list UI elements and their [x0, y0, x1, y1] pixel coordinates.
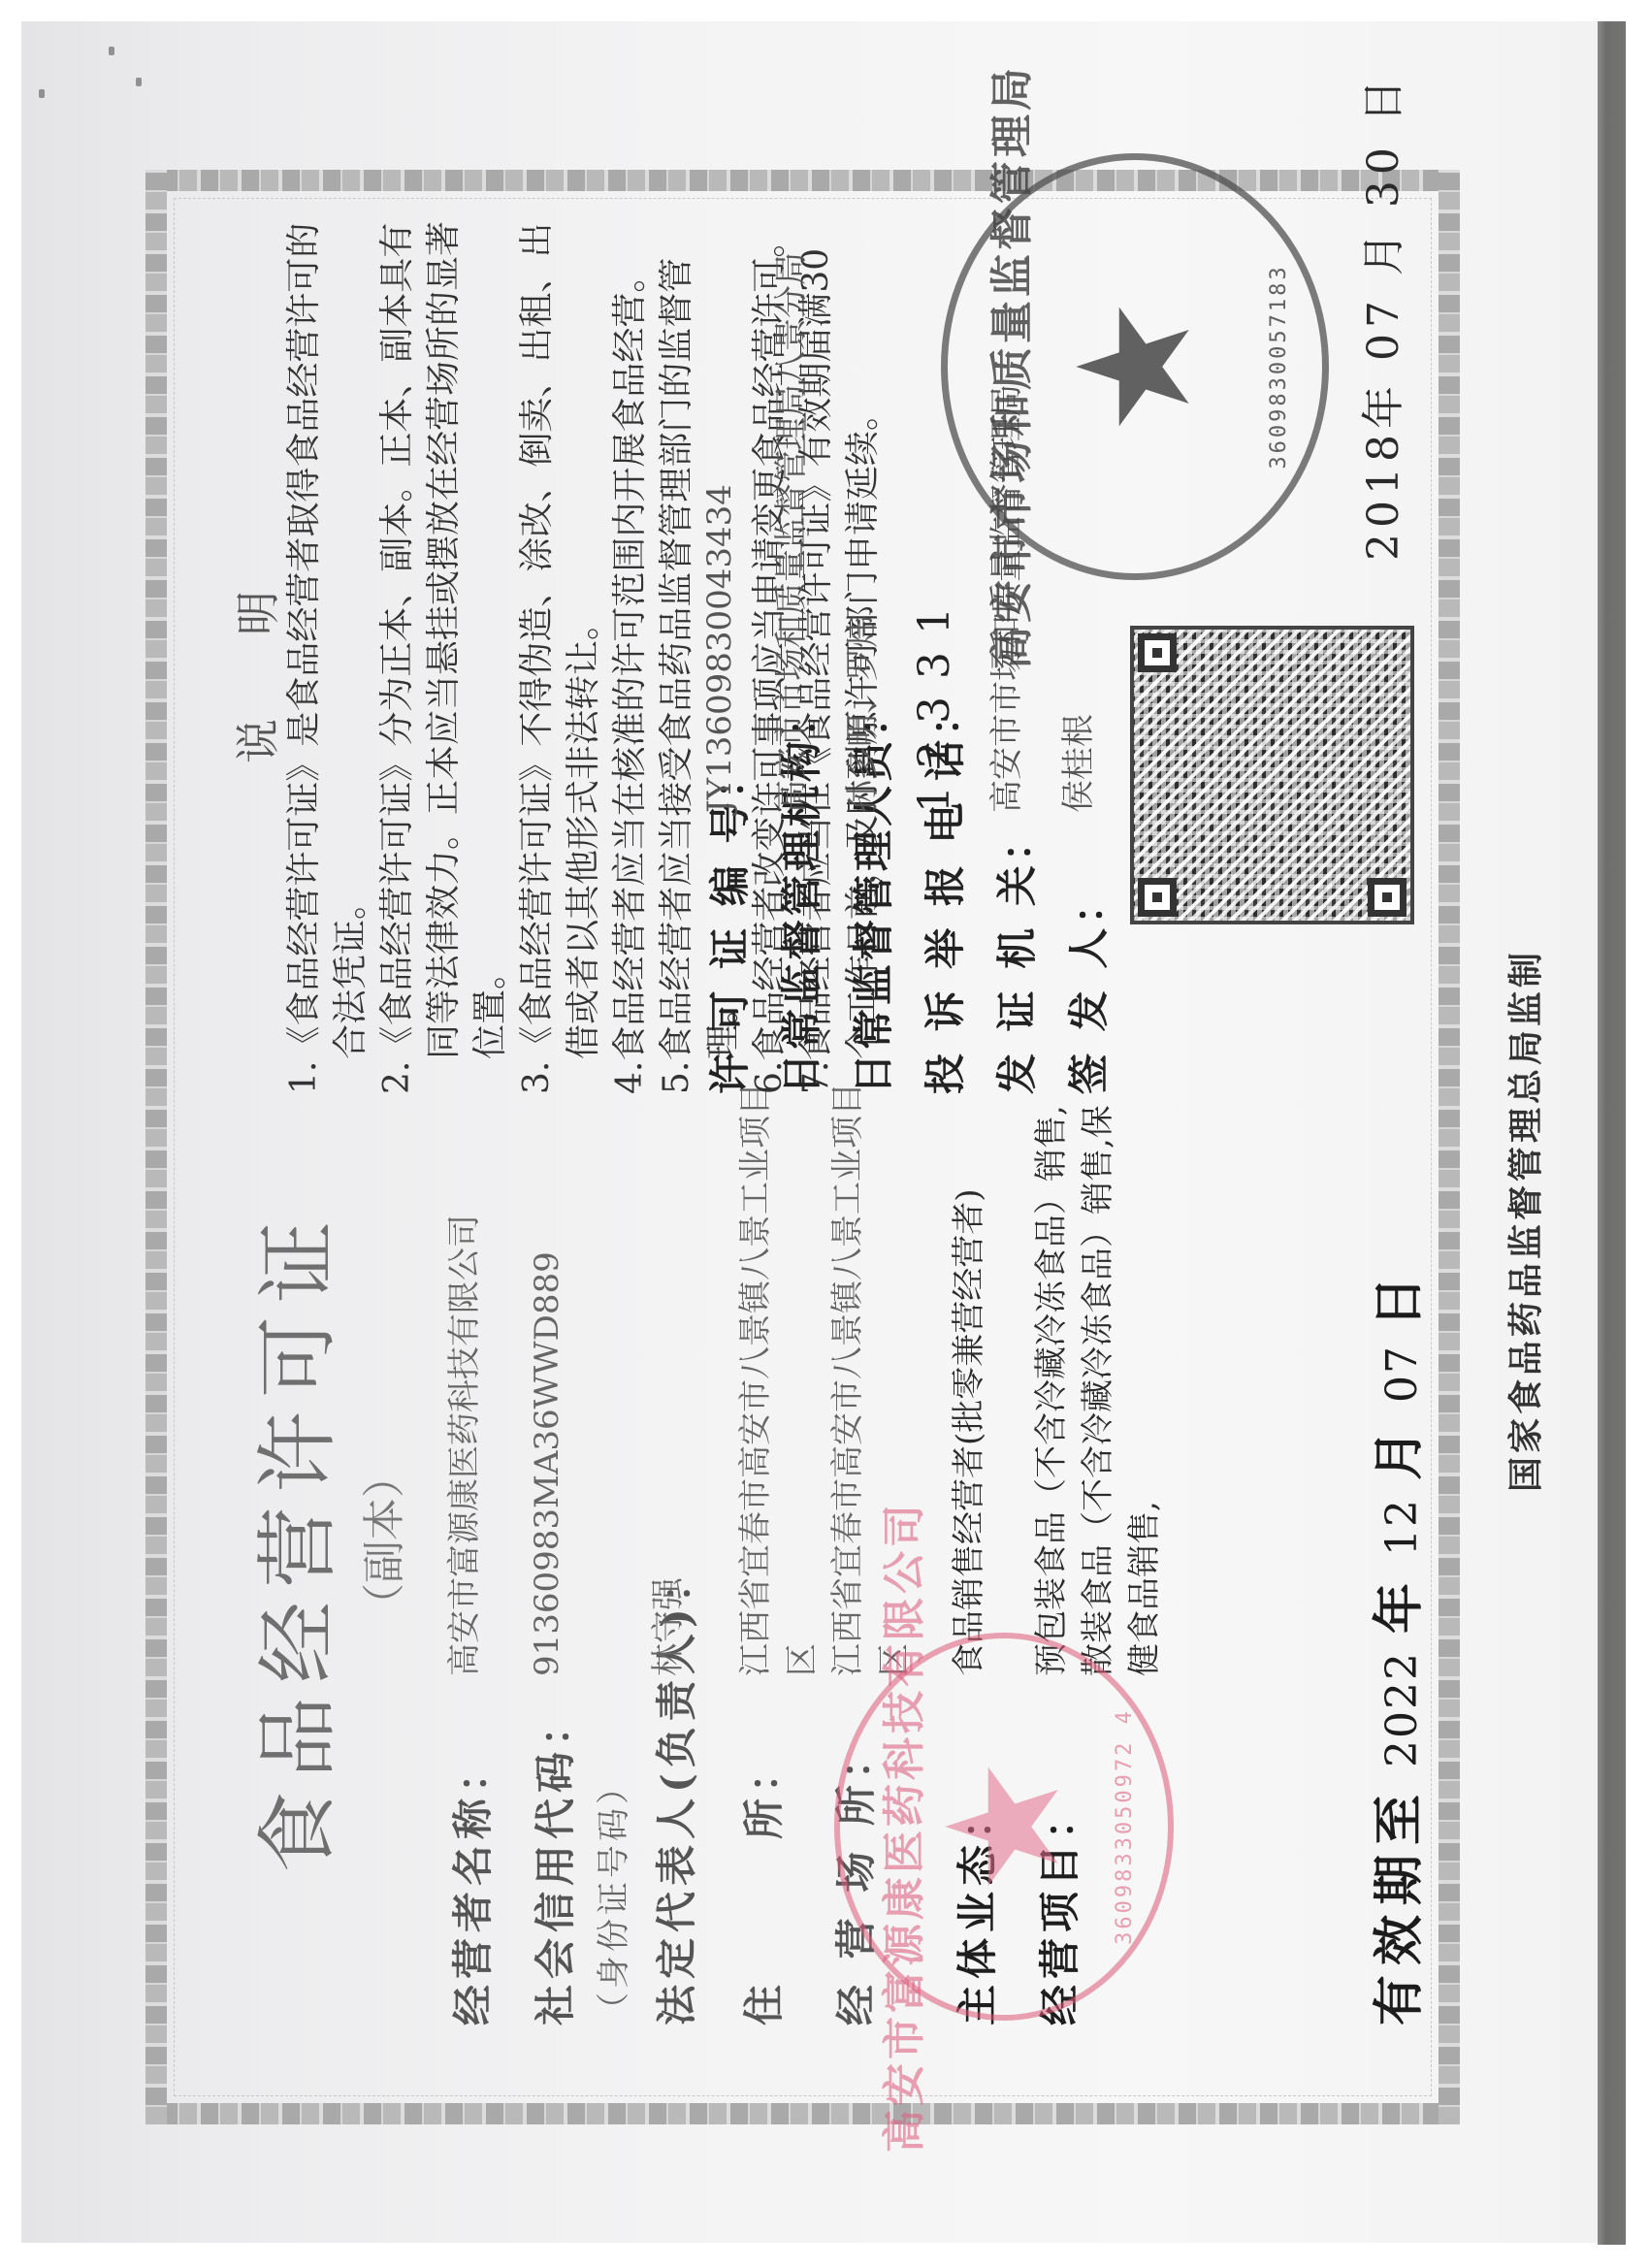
license-number-row: 许 可 证 编 号： JY13609830043434 — [698, 202, 757, 1094]
notes-title: 说 明 — [223, 328, 287, 1007]
issue-date: 2018年 07 月 30 日 — [1348, 74, 1410, 561]
supervising-staff-value: 孙多明、罗炜 — [842, 615, 885, 813]
expiry-year: 2022 — [1377, 1651, 1427, 1767]
field-operator-name: 经营者名称： 高安市富源康医药科技有限公司 — [441, 1215, 500, 2025]
license-sheet: 食品经营许可证 （副本） 经营者名称： 高安市富源康医药科技有限公司 社会信用代… — [0, 0, 1630, 2268]
note-item: 1.《食品经营许可证》是食品经营者取得食品经营许可的合法凭证。 — [281, 221, 374, 1094]
license-number-value: JY13609830043434 — [698, 484, 741, 813]
note-item: 4.食品经营者应当在核准的许可范围内开展食品经营。 — [607, 221, 654, 1094]
credit-code-label: 社会信用代码： — [524, 1676, 582, 2025]
star-icon: ★ — [926, 1757, 1082, 1895]
operator-name-value: 高安市富源康医药科技有限公司 — [441, 1215, 488, 1676]
license-title: 食品经营许可证 — [233, 1104, 350, 1977]
authority-seal-code: 3609830057183 — [1267, 264, 1291, 469]
address-label: 住 所： — [732, 1676, 791, 2025]
company-seal-code: 3609833050972 4 — [1113, 1708, 1137, 1945]
qr-finder-icon — [1138, 878, 1177, 917]
supervising-staff-label: 日常监督管理人员： — [842, 813, 900, 1094]
complaint-phone-label: 投 诉 举 报 电 话： — [914, 813, 972, 1094]
supervising-agency-value: 高安市市场和质量监督管理局八景分局 — [770, 252, 813, 813]
business-scope-value: 预包装食品（不含冷藏冷冻食品）销售,散装食品（不含冷藏冷冻食品）销售,保健食品销… — [1028, 1075, 1168, 1676]
supervising-agency-row: 日常监督管理机构： 高安市市场和质量监督管理局八景分局 — [770, 202, 828, 1094]
business-type-value: 食品销售经营者(批零兼营经营者) — [946, 1188, 992, 1676]
company-seal: 高安市富源康医药科技有限公司 ★ 3609833050972 4 — [834, 1633, 1174, 2021]
supervising-agency-label: 日常监督管理机构： — [770, 813, 828, 1094]
id-number-sublabel: （身份证号码） — [587, 1767, 634, 2025]
supervising-staff-row: 日常监督管理人员： 孙多明、罗炜 — [842, 202, 900, 1094]
qr-finder-icon — [1138, 633, 1177, 672]
expiry-year-unit: 年 — [1358, 1573, 1431, 1634]
legal-rep-value: 林守强 — [645, 1577, 692, 1676]
field-address: 住 所： 江西省宜春市高安市八景镇八景工业项目区 — [732, 1075, 825, 2025]
note-item: 3.《食品经营许可证》不得伪造、涂改、倒卖、出租、出借或者以其他形式非法转让。 — [514, 221, 607, 1094]
expiry-month: 12 — [1377, 1498, 1427, 1556]
qr-code — [1130, 626, 1414, 924]
credit-code-value: 91360983MA36WWD889 — [524, 1251, 570, 1676]
expiry-month-unit: 月 — [1358, 1420, 1431, 1480]
expiry-label: 有效期至 — [1358, 1785, 1431, 2025]
expiry-day-unit: 日 — [1358, 1267, 1431, 1327]
field-legal-rep: 法定代表人(负责人)： 林守强 — [645, 1577, 703, 2025]
legal-rep-label: 法定代表人(负责人)： — [645, 1676, 703, 2025]
license-subtitle: （副本） — [349, 1104, 411, 1977]
complaint-phone-value: 12331 — [914, 590, 956, 813]
address-value: 江西省宜春市高安市八景镇八景工业项目区 — [732, 1075, 825, 1676]
field-credit-code: 社会信用代码： 91360983MA36WWD889 — [524, 1251, 582, 2025]
qr-finder-icon — [1368, 878, 1406, 917]
issuer-footer: 国家食品药品监督管理总局监制 — [1499, 949, 1548, 1492]
star-icon: ★ — [1057, 297, 1212, 436]
company-seal-text: 高安市富源康医药科技有限公司 — [869, 1501, 931, 2153]
issuer-label: 签 发 人： — [1057, 813, 1115, 1094]
issuer-value: 侯桂根 — [1057, 714, 1100, 813]
license-number-label: 许 可 证 编 号： — [698, 813, 757, 1094]
issuing-authority-label: 发 证 机 关： — [986, 813, 1044, 1094]
operator-name-label: 经营者名称： — [441, 1676, 500, 2025]
note-item: 2.《食品经营许可证》分为正本、副本。正本、副本具有同等法律效力。正本应当悬挂或… — [374, 221, 514, 1094]
authority-seal: 高安市市场和质量监督管理局 ★ 3609830057183 — [941, 153, 1329, 580]
expiry-day: 07 — [1377, 1345, 1427, 1403]
authority-seal-text: 高安市市场和质量监督管理局 — [977, 64, 1039, 669]
expiry-date: 有效期至 2022 年 12 月 07 日 — [1358, 1267, 1431, 2025]
